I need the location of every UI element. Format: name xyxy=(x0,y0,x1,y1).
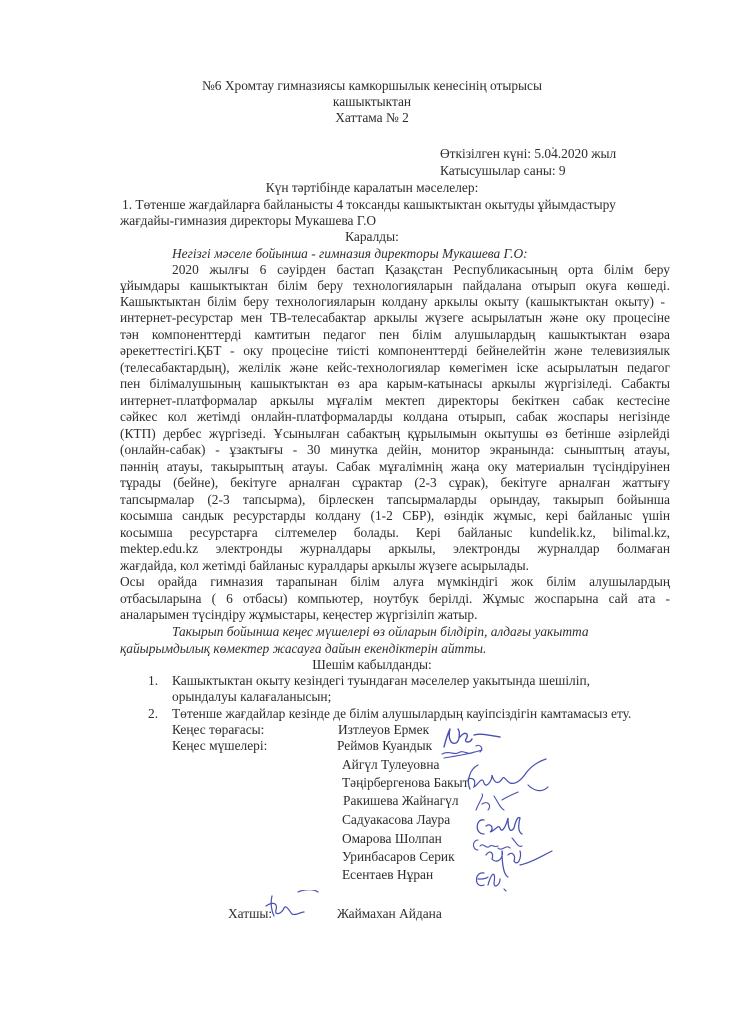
speaker-line: Негізгі мәселе бойынша - гимназия директ… xyxy=(172,246,528,262)
agenda-item-1-line1: 1. Төтенше жағдайларға байланысты 4 токс… xyxy=(122,197,616,213)
decision-item-1-line1: Кашыктыктан окыту кезіндегі туындаған мә… xyxy=(172,673,590,689)
discussed-heading: Каралды: xyxy=(0,229,744,245)
members-label: Кеңес мүшелері: xyxy=(172,738,267,754)
document-subtitle: кашыктыктан xyxy=(0,94,744,110)
agenda-heading: Күн тәртібінде каралатын мәселелер: xyxy=(0,180,744,196)
remarks-line: Такырып бойынша кеңес мүшелері өз ойлары… xyxy=(172,624,589,640)
decision-item-1-line2: орындалуы калағаланысын; xyxy=(172,689,331,705)
member-name: Уринбасаров Серик xyxy=(342,849,455,865)
paragraph-line: (телесабактардың), желілік және кейс-тех… xyxy=(120,360,670,376)
member-name: Айгүл Тулеуовна xyxy=(342,757,439,773)
paragraph-line: пен білімалушының кашыктыктан өз ара кар… xyxy=(120,376,670,392)
member-name: Тәңірбергенова Бакыт xyxy=(342,775,469,791)
agenda-item-1-line2: жағдайы-гимназия директоры Мукашева Г.О xyxy=(120,213,376,229)
paragraph-line: тұрады (бейне), бекітуге арналған сұракт… xyxy=(120,475,670,491)
member-name: Ракишева Жайнагүл xyxy=(343,793,459,809)
paragraph-line: Осы орайда гимназия тарапынан білім алуғ… xyxy=(120,574,670,590)
paragraph-line: аналарымен түсіндіру жұмыстары, кеңестер… xyxy=(120,607,477,623)
paragraph-line: mektep.edu.kz электронды журналдары аркы… xyxy=(120,541,670,557)
paragraph-line: (КТП) дербес жүргізеді. Ұсынылған сабакт… xyxy=(120,426,670,442)
decision-heading: Шешім кабылданды: xyxy=(0,657,744,673)
paragraph-line: жағдайда, кол жетімді байланыс куралдары… xyxy=(120,558,529,574)
secretary-name: Жаймахан Айдана xyxy=(337,906,442,922)
chair-label: Кеңес төрағасы: xyxy=(172,722,264,738)
participants-count: Катысушылар саны: 9 xyxy=(440,163,566,179)
paragraph-line: әрекеттестігі.ҚБТ - оку процесіне тиісті… xyxy=(120,343,670,359)
document-title: №6 Хромтау гимназиясы камкоршылык кенесі… xyxy=(0,78,744,94)
paragraph-line: пәннің атауы, такырыптың атауы. Сабак мұ… xyxy=(120,459,670,475)
member-name: Омарова Шолпан xyxy=(342,831,442,847)
chair-name: Изтлеуов Ермек xyxy=(338,722,429,738)
paragraph-line: тән компоненттерді камтитын педагог пен … xyxy=(120,327,670,343)
paragraph-line: (онлайн-сабак) - ұзактығы - 30 минутка д… xyxy=(120,442,670,458)
paragraph-line: Кашыктыктан білім беру технологияларын к… xyxy=(120,294,665,310)
paragraph-line: 2020 жылғы 6 сәуірден бастап Қазақстан Р… xyxy=(172,262,670,278)
decision-item-2-line1: Төтенше жағдайлар кезінде де білім алушы… xyxy=(172,706,631,722)
member-name: Садуакасова Лаура xyxy=(342,812,450,828)
meeting-date: Өткізілген күні: 5.04.2020 жыл xyxy=(440,146,616,162)
paragraph-line: ұйымдары кашыктыктан білім беру технолог… xyxy=(120,278,670,294)
paragraph-line: интернет-ресурстар мен ТВ-телесабактар а… xyxy=(120,310,670,326)
paragraph-line: сәйкес кол жетімді онлайн-платформаларды… xyxy=(120,409,670,425)
protocol-number: Хаттама № 2 xyxy=(0,110,744,126)
member-signature xyxy=(470,865,520,895)
member-name: Есентаев Нұран xyxy=(342,867,433,883)
paragraph-line: косымша ресурстарға сілтемелер болады. К… xyxy=(120,525,670,541)
decision-item-2-number: 2. xyxy=(148,706,158,722)
paragraph-line: отбасыларына ( 6 отбасы) компьютер, ноут… xyxy=(120,591,670,607)
paragraph-line: косымша сандык ресурстарды колдану (1-2 … xyxy=(120,508,670,524)
secretary-signature xyxy=(262,890,332,925)
paragraph-line: тапсырмалар (2-3 тапсырма), бірлескен та… xyxy=(120,492,670,508)
member-name: Реймов Куандык xyxy=(337,738,432,754)
paragraph-line: интернет-платформалар аркылы мұғалім мек… xyxy=(120,393,670,409)
scan-artifact xyxy=(552,147,554,149)
decision-item-1-number: 1. xyxy=(148,673,158,689)
scanned-document-page: №6 Хромтау гимназиясы камкоршылык кенесі… xyxy=(0,0,744,1024)
remarks-line: қайырымдылық көмектер жасауға дайын екен… xyxy=(120,641,486,657)
